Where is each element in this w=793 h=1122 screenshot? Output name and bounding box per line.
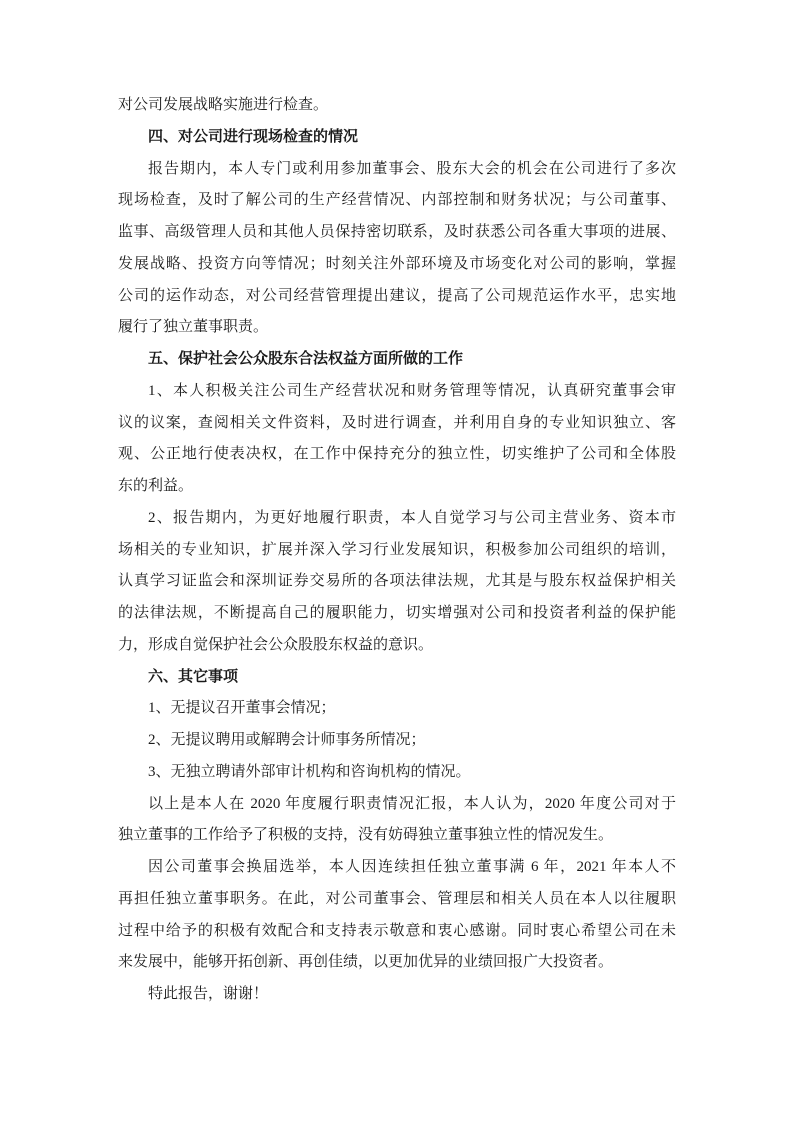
section-heading: 四、对公司进行现场检查的情况: [118, 122, 676, 154]
text-line: 报告期内，本人专门或利用参加董事会、股东大会的机会在公司进行了多次: [118, 154, 676, 186]
text-line: 认真学习证监会和深圳证券交易所的各项法律法规，尤其是与股东权益保护相关: [118, 566, 676, 598]
text-line: 2、报告期内，为更好地履行职责，本人自觉学习与公司主营业务、资本市: [118, 503, 676, 535]
text-line: 公司的运作动态，对公司经营管理提出建议，提高了公司规范运作水平，忠实地: [118, 281, 676, 313]
closing-line: 特此报告，谢谢！: [118, 979, 676, 1011]
text-line: 对公司发展战略实施进行检查。: [118, 90, 676, 122]
list-item: 2、无提议聘用或解聘会计师事务所情况；: [118, 725, 676, 757]
section-heading: 六、其它事项: [118, 662, 676, 694]
text-line: 独立董事的工作给予了积极的支持，没有妨碍独立董事独立性的情况发生。: [118, 820, 676, 852]
text-line: 以上是本人在 2020 年度履行职责情况汇报，本人认为，2020 年度公司对于: [118, 789, 676, 821]
text-line: 监事、高级管理人员和其他人员保持密切联系，及时获悉公司各重大事项的进展、: [118, 217, 676, 249]
document-page: 对公司发展战略实施进行检查。 四、对公司进行现场检查的情况 报告期内，本人专门或…: [0, 0, 793, 1122]
text-line: 观、公正地行使表决权，在工作中保持充分的独立性，切实维护了公司和全体股: [118, 439, 676, 471]
section-heading: 五、保护社会公众股东合法权益方面所做的工作: [118, 344, 676, 376]
text-line: 力，形成自觉保护社会公众股股东权益的意识。: [118, 630, 676, 662]
text-line: 1、本人积极关注公司生产经营状况和财务管理等情况，认真研究董事会审: [118, 376, 676, 408]
text-line: 议的议案，查阅相关文件资料，及时进行调查，并利用自身的专业知识独立、客: [118, 408, 676, 440]
text-line: 现场检查，及时了解公司的生产经营情况、内部控制和财务状况；与公司董事、: [118, 185, 676, 217]
text-line: 来发展中，能够开拓创新、再创佳绩，以更加优异的业绩回报广大投资者。: [118, 947, 676, 979]
text-line: 过程中给予的积极有效配合和支持表示敬意和衷心感谢。同时衷心希望公司在未: [118, 916, 676, 948]
text-line: 再担任独立董事职务。在此，对公司董事会、管理层和相关人员在本人以往履职: [118, 884, 676, 916]
text-line: 的法律法规，不断提高自己的履职能力，切实增强对公司和投资者利益的保护能: [118, 598, 676, 630]
text-line: 因公司董事会换届选举，本人因连续担任独立董事满 6 年，2021 年本人不: [118, 852, 676, 884]
list-item: 3、无独立聘请外部审计机构和咨询机构的情况。: [118, 757, 676, 789]
text-line: 场相关的专业知识，扩展并深入学习行业发展知识，积极参加公司组织的培训，: [118, 535, 676, 567]
text-line: 东的利益。: [118, 471, 676, 503]
text-line: 发展战略、投资方向等情况；时刻关注外部环境及市场变化对公司的影响，掌握: [118, 249, 676, 281]
text-line: 履行了独立董事职责。: [118, 312, 676, 344]
list-item: 1、无提议召开董事会情况；: [118, 693, 676, 725]
